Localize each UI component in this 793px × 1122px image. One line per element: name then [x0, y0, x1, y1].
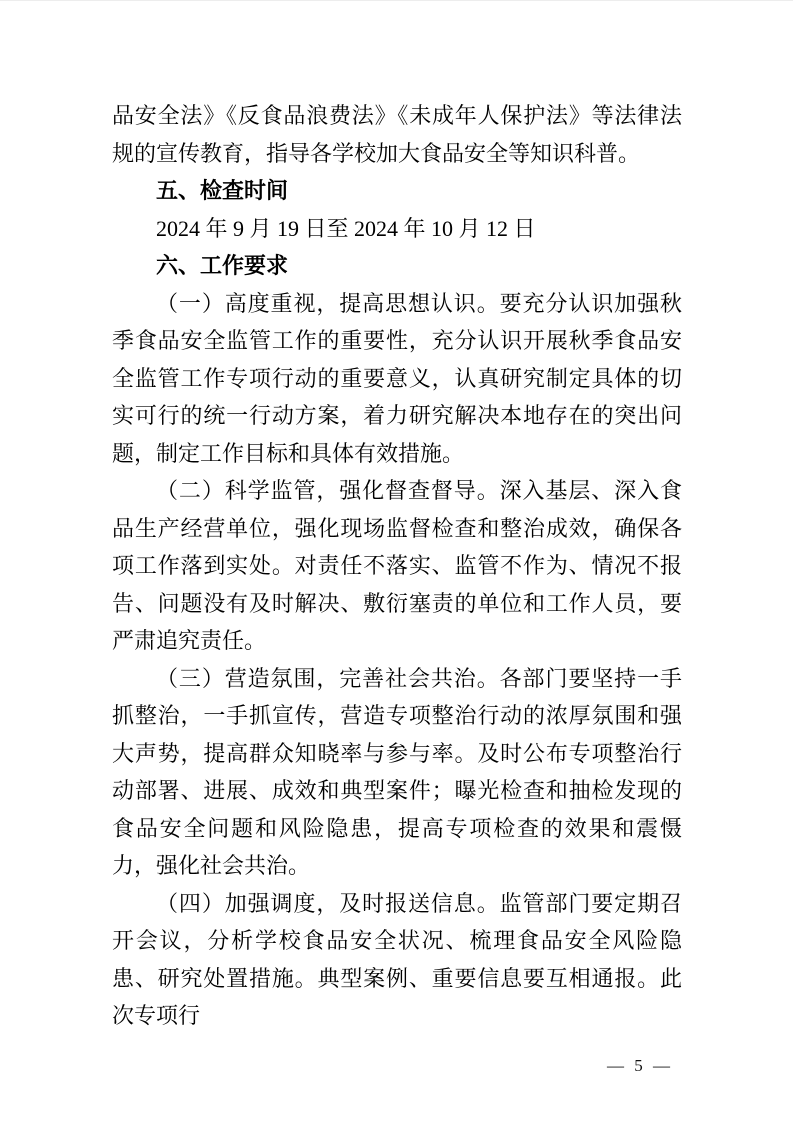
document-text-block: 品安全法》《反食品浪费法》《未成年人保护法》等法律法规的宣传教育，指导各学校加大… — [112, 97, 682, 1035]
paragraph-item-2: （二）科学监管，强化督查督导。深入基层、深入食品生产经营单位，强化现场监督检查和… — [112, 472, 682, 660]
page-footer: — 5 — — [607, 1056, 673, 1076]
paragraph-item-4: （四）加强调度，及时报送信息。监管部门要定期召开会议，分析学校食品安全状况、梳理… — [112, 885, 682, 1035]
inspection-date: 2024 年 9 月 19 日至 2024 年 10 月 12 日 — [112, 210, 682, 248]
heading-section-6: 六、工作要求 — [112, 247, 682, 285]
page-number: — 5 — — [607, 1056, 673, 1075]
paragraph-item-1: （一）高度重视，提高思想认识。要充分认识加强秋季食品安全监管工作的重要性，充分认… — [112, 285, 682, 473]
paragraph-continuation: 品安全法》《反食品浪费法》《未成年人保护法》等法律法规的宣传教育，指导各学校加大… — [112, 97, 682, 172]
document-page: 品安全法》《反食品浪费法》《未成年人保护法》等法律法规的宣传教育，指导各学校加大… — [0, 0, 793, 1122]
heading-section-5: 五、检查时间 — [112, 172, 682, 210]
paragraph-item-3: （三）营造氛围，完善社会共治。各部门要坚持一手抓整治，一手抓宣传，营造专项整治行… — [112, 660, 682, 885]
